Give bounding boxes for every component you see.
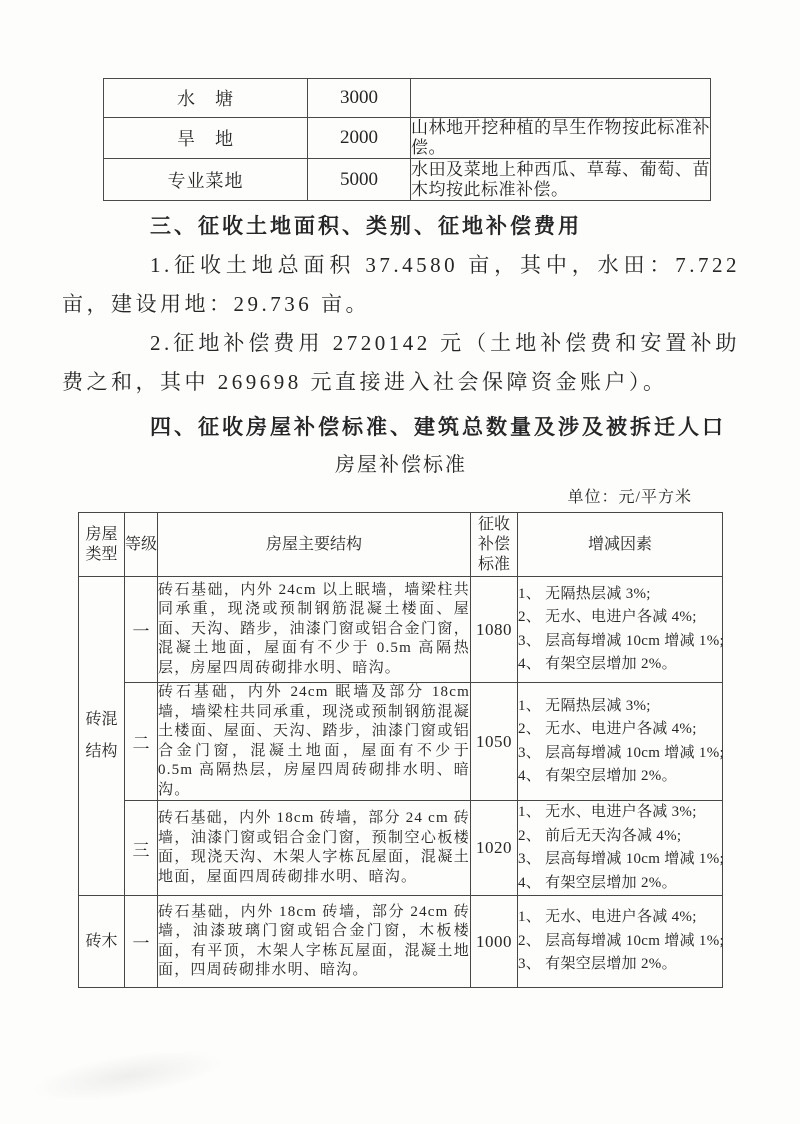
land-price: 3000 — [308, 79, 411, 118]
land-note: 山林地开挖种植的旱生作物按此标准补偿。 — [411, 118, 711, 159]
structure-cell: 砖石基础，内外 24cm 眠墙及部分 18cm 墙，墙梁柱共同承重，现浇或预制钢… — [158, 683, 471, 801]
house-table-row: 三 砖石基础，内外 18cm 砖墙，部分 24 cm 砖墙，油漆门窗或铝合金门窗… — [79, 801, 723, 896]
factor-item: 1、 无隔热层减 3%; — [518, 583, 722, 607]
standard-cell: 1050 — [471, 683, 518, 801]
house-table-row: 砖木 一 砖石基础，内外 18cm 砖墙，部分 24cm 砖墙，油漆玻璃门窗或铝… — [79, 896, 723, 988]
paragraph-compensation-fee: 2.征地补偿费用 2720142 元（土地补偿费和安置补助费之和，其中 2696… — [62, 324, 740, 402]
factor-item: 3、 有架空层增加 2%。 — [518, 953, 722, 977]
structure-cell: 砖石基础，内外 18cm 砖墙，部分 24cm 砖墙，油漆玻璃门窗或铝合金门窗，… — [158, 896, 471, 988]
land-category: 专业菜地 — [104, 159, 308, 201]
land-note — [411, 79, 711, 118]
factor-item: 2、 前后无天沟各减 4%; — [518, 825, 722, 849]
grade-cell: 一 — [125, 577, 158, 683]
land-note: 水田及菜地上种西瓜、草莓、葡萄、苗木均按此标准补偿。 — [411, 159, 711, 201]
factor-item: 3、 层高每增减 10cm 增减 1%; — [518, 630, 722, 654]
factors-cell: 1、 无隔热层减 3%; 2、 无水、电进户各减 4%; 3、 层高每增减 10… — [518, 577, 723, 683]
header-grade: 等级 — [125, 513, 158, 577]
factor-item: 2、 无水、电进户各减 4%; — [518, 606, 722, 630]
factor-item: 1、 无隔热层减 3%; — [518, 695, 722, 719]
land-category: 旱 地 — [104, 118, 308, 159]
grade-cell: 一 — [125, 896, 158, 988]
factor-item: 4、 有架空层增加 2%。 — [518, 653, 722, 677]
header-standard: 征收补偿标准 — [471, 513, 518, 577]
house-table-header-row: 房屋类型 等级 房屋主要结构 征收补偿标准 增减因素 — [79, 513, 723, 577]
standard-cell: 1080 — [471, 577, 518, 683]
factor-item: 3、 层高每增减 10cm 增减 1%; — [518, 848, 722, 872]
house-type-cell: 砖木 — [79, 896, 125, 988]
scan-smudge-artifact — [28, 1040, 227, 1112]
structure-cell: 砖石基础，内外 24cm 以上眠墙，墙梁柱共同承重，现浇或预制钢筋混凝土楼面、屋… — [158, 577, 471, 683]
land-table-row: 专业菜地 5000 水田及菜地上种西瓜、草莓、葡萄、苗木均按此标准补偿。 — [104, 159, 711, 201]
land-price: 5000 — [308, 159, 411, 201]
house-table-title: 房屋补偿标准 — [0, 449, 740, 481]
house-table-row: 砖混结构 一 砖石基础，内外 24cm 以上眠墙，墙梁柱共同承重，现浇或预制钢筋… — [79, 577, 723, 683]
grade-cell: 三 — [125, 801, 158, 896]
unit-label: 单位：元/平方米 — [0, 486, 800, 510]
house-compensation-table: 房屋类型 等级 房屋主要结构 征收补偿标准 增减因素 砖混结构 一 砖石基础，内… — [78, 512, 723, 988]
factor-item: 1、 无水、电进户各减 4%; — [518, 906, 722, 930]
land-price: 2000 — [308, 118, 411, 159]
header-main-structure: 房屋主要结构 — [158, 513, 471, 577]
standard-cell: 1020 — [471, 801, 518, 896]
factor-item: 4、 有架空层增加 2%。 — [518, 765, 722, 789]
factor-item: 2、 层高每增减 10cm 增减 1%; — [518, 930, 722, 954]
structure-cell: 砖石基础，内外 18cm 砖墙，部分 24 cm 砖墙，油漆门窗或铝合金门窗，预… — [158, 801, 471, 896]
section-heading-4: 四、征收房屋补偿标准、建筑总数量及涉及被拆迁人口 — [62, 408, 740, 447]
house-table-row: 二 砖石基础，内外 24cm 眠墙及部分 18cm 墙，墙梁柱共同承重，现浇或预… — [79, 683, 723, 801]
grade-cell: 二 — [125, 683, 158, 801]
house-type-cell: 砖混结构 — [79, 577, 125, 896]
land-table-row: 旱 地 2000 山林地开挖种植的旱生作物按此标准补偿。 — [104, 118, 711, 159]
factor-item: 2、 无水、电进户各减 4%; — [518, 718, 722, 742]
header-factors: 增减因素 — [518, 513, 723, 577]
land-compensation-table: 水 塘 3000 旱 地 2000 山林地开挖种植的旱生作物按此标准补偿。 专业… — [103, 78, 711, 201]
section-heading-3: 三、征收土地面积、类别、征地补偿费用 — [62, 207, 740, 246]
header-house-type: 房屋类型 — [79, 513, 125, 577]
land-category: 水 塘 — [104, 79, 308, 118]
standard-cell: 1000 — [471, 896, 518, 988]
factor-item: 3、 层高每增减 10cm 增减 1%; — [518, 742, 722, 766]
document-body-text: 三、征收土地面积、类别、征地补偿费用 1.征收土地总面积 37.4580 亩，其… — [0, 207, 740, 447]
factors-cell: 1、 无水、电进户各减 3%; 2、 前后无天沟各减 4%; 3、 层高每增减 … — [518, 801, 723, 896]
factors-cell: 1、 无隔热层减 3%; 2、 无水、电进户各减 4%; 3、 层高每增减 10… — [518, 683, 723, 801]
factor-item: 1、 无水、电进户各减 3%; — [518, 801, 722, 825]
factors-cell: 1、 无水、电进户各减 4%; 2、 层高每增减 10cm 增减 1%; 3、 … — [518, 896, 723, 988]
land-table-row: 水 塘 3000 — [104, 79, 711, 118]
paragraph-land-area: 1.征收土地总面积 37.4580 亩，其中，水田：7.722 亩，建设用地：2… — [62, 246, 740, 324]
factor-item: 4、 有架空层增加 2%。 — [518, 872, 722, 896]
